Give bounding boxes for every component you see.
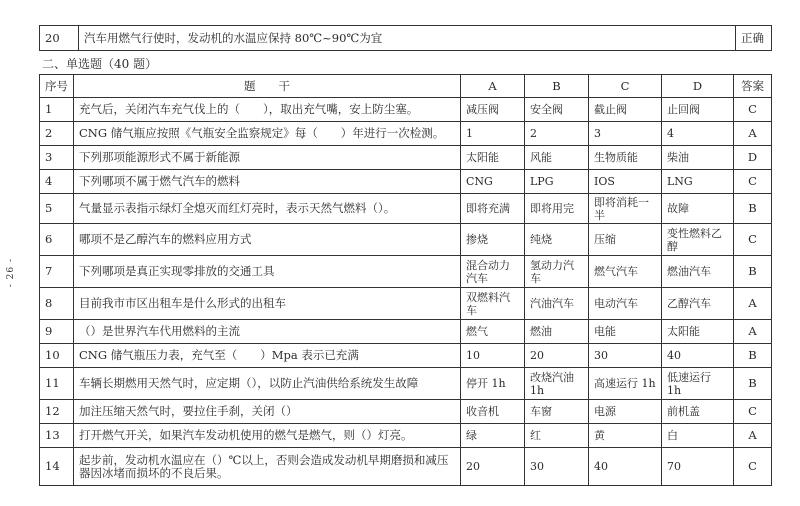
option-a: 收音机 (461, 400, 525, 424)
option-d: 低速运行 1h (662, 368, 734, 400)
table-row: 13打开燃气开关，如果汽车发动机使用的燃气是燃气，则（）灯亮。绿红黄白A (40, 424, 772, 448)
true-false-tail-row: 20 汽车用燃气行使时，发动机的水温应保持 80℃~90℃为宜 正确 (39, 25, 772, 51)
option-d: 太阳能 (662, 320, 734, 344)
answer-cell: A (734, 424, 772, 448)
option-a: 双燃料汽车 (461, 288, 525, 320)
single-choice-table: 序号 题 干 A B C D 答案 1充气后，关闭汽车充气伐上的（ ），取出充气… (39, 74, 772, 486)
table-row: 12加注压缩天然气时，要拉住手刹，关闭（）收音机车窗电源前机盖C (40, 400, 772, 424)
option-d: 燃油汽车 (662, 256, 734, 288)
option-b: 改烧汽油 1h (525, 368, 589, 400)
option-d: 止回阀 (662, 98, 734, 122)
question-number: 4 (40, 170, 74, 194)
option-b: 风能 (525, 146, 589, 170)
answer-cell: C (734, 170, 772, 194)
question-number: 12 (40, 400, 74, 424)
answer-cell: 正确 (736, 26, 772, 51)
header-option-a: A (461, 75, 525, 98)
option-b: 红 (525, 424, 589, 448)
option-c: 电源 (589, 400, 662, 424)
question-text: 目前我市市区出租车是什么形式的出租车 (74, 288, 461, 320)
question-text: 汽车用燃气行使时，发动机的水温应保持 80℃~90℃为宜 (79, 26, 736, 51)
option-b: 2 (525, 122, 589, 146)
question-number: 13 (40, 424, 74, 448)
question-text: 下列哪项不属于燃气汽车的燃料 (74, 170, 461, 194)
option-d: 白 (662, 424, 734, 448)
section-title: 二、单选题（40 题） (42, 55, 157, 72)
question-number: 7 (40, 256, 74, 288)
option-c: 电动汽车 (589, 288, 662, 320)
answer-cell: C (734, 400, 772, 424)
table-row: 20 汽车用燃气行使时，发动机的水温应保持 80℃~90℃为宜 正确 (40, 26, 772, 51)
question-text: CNG 储气瓶压力表，充气至（ ）Mpa 表示已充满 (74, 344, 461, 368)
table-row: 11车辆长期燃用天然气时，应定期（），以防止汽油供给系统发生故障停开 1h改烧汽… (40, 368, 772, 400)
header-option-d: D (662, 75, 734, 98)
table-row: 4下列哪项不属于燃气汽车的燃料CNGLPGIOSLNGC (40, 170, 772, 194)
question-number: 3 (40, 146, 74, 170)
option-b: 燃油 (525, 320, 589, 344)
option-b: 纯烧 (525, 224, 589, 256)
option-c: 压缩 (589, 224, 662, 256)
page-number: - 26 - (6, 258, 16, 287)
option-c: 燃气汽车 (589, 256, 662, 288)
header-number: 序号 (40, 75, 74, 98)
option-a: CNG (461, 170, 525, 194)
answer-cell: C (734, 98, 772, 122)
option-c: IOS (589, 170, 662, 194)
option-b: 安全阀 (525, 98, 589, 122)
question-number: 20 (40, 26, 79, 51)
option-d: 柴油 (662, 146, 734, 170)
table-row: 9（）是世界汽车代用燃料的主流燃气燃油电能太阳能A (40, 320, 772, 344)
option-c: 30 (589, 344, 662, 368)
option-b: LPG (525, 170, 589, 194)
question-text: 充气后，关闭汽车充气伐上的（ ），取出充气嘴，安上防尘塞。 (74, 98, 461, 122)
option-c: 40 (589, 448, 662, 486)
question-text: 下列哪项是真正实现零排放的交通工具 (74, 256, 461, 288)
option-b: 30 (525, 448, 589, 486)
answer-cell: A (734, 320, 772, 344)
answer-cell: B (734, 256, 772, 288)
question-text: 下列那项能源形式不属于新能源 (74, 146, 461, 170)
question-text: （）是世界汽车代用燃料的主流 (74, 320, 461, 344)
option-b: 车窗 (525, 400, 589, 424)
answer-cell: B (734, 368, 772, 400)
header-option-c: C (589, 75, 662, 98)
question-text: 车辆长期燃用天然气时，应定期（），以防止汽油供给系统发生故障 (74, 368, 461, 400)
table-row: 2CNG 储气瓶应按照《气瓶安全监察规定》每（ ）年进行一次检测。1234A (40, 122, 772, 146)
table-row: 10CNG 储气瓶压力表，充气至（ ）Mpa 表示已充满10203040B (40, 344, 772, 368)
option-a: 20 (461, 448, 525, 486)
option-a: 燃气 (461, 320, 525, 344)
option-d: 变性燃料乙醇 (662, 224, 734, 256)
header-answer: 答案 (734, 75, 772, 98)
option-d: 70 (662, 448, 734, 486)
question-text: 加注压缩天然气时，要拉住手刹，关闭（） (74, 400, 461, 424)
option-c: 截止阀 (589, 98, 662, 122)
answer-cell: D (734, 146, 772, 170)
option-d: LNG (662, 170, 734, 194)
option-d: 40 (662, 344, 734, 368)
answer-cell: C (734, 448, 772, 486)
option-c: 黄 (589, 424, 662, 448)
answer-cell: A (734, 122, 772, 146)
question-number: 10 (40, 344, 74, 368)
option-d: 故障 (662, 194, 734, 224)
option-a: 混合动力汽车 (461, 256, 525, 288)
question-number: 6 (40, 224, 74, 256)
option-a: 1 (461, 122, 525, 146)
option-d: 4 (662, 122, 734, 146)
table-row: 5气量显示表指示绿灯全熄灭而红灯亮时，表示天然气燃料（）。即将充满即将用完即将消… (40, 194, 772, 224)
option-c: 即将消耗一半 (589, 194, 662, 224)
table-row: 7下列哪项是真正实现零排放的交通工具混合动力汽车氢动力汽车燃气汽车燃油汽车B (40, 256, 772, 288)
option-c: 高速运行 1h (589, 368, 662, 400)
question-text: 打开燃气开关，如果汽车发动机使用的燃气是燃气，则（）灯亮。 (74, 424, 461, 448)
option-b: 汽油汽车 (525, 288, 589, 320)
option-a: 太阳能 (461, 146, 525, 170)
question-number: 5 (40, 194, 74, 224)
option-a: 掺烧 (461, 224, 525, 256)
header-option-b: B (525, 75, 589, 98)
question-text: 哪项不是乙醇汽车的燃料应用方式 (74, 224, 461, 256)
answer-cell: B (734, 344, 772, 368)
question-number: 14 (40, 448, 74, 486)
question-text: CNG 储气瓶应按照《气瓶安全监察规定》每（ ）年进行一次检测。 (74, 122, 461, 146)
option-a: 停开 1h (461, 368, 525, 400)
question-number: 2 (40, 122, 74, 146)
option-c: 生物质能 (589, 146, 662, 170)
answer-cell: B (734, 194, 772, 224)
table-header-row: 序号 题 干 A B C D 答案 (40, 75, 772, 98)
option-b: 即将用完 (525, 194, 589, 224)
option-d: 前机盖 (662, 400, 734, 424)
option-d: 乙醇汽车 (662, 288, 734, 320)
question-number: 8 (40, 288, 74, 320)
option-a: 减压阀 (461, 98, 525, 122)
question-number: 11 (40, 368, 74, 400)
answer-cell: A (734, 288, 772, 320)
answer-cell: C (734, 224, 772, 256)
option-b: 氢动力汽车 (525, 256, 589, 288)
option-a: 即将充满 (461, 194, 525, 224)
option-a: 10 (461, 344, 525, 368)
table-row: 8目前我市市区出租车是什么形式的出租车双燃料汽车汽油汽车电动汽车乙醇汽车A (40, 288, 772, 320)
option-a: 绿 (461, 424, 525, 448)
table-row: 6哪项不是乙醇汽车的燃料应用方式掺烧纯烧压缩变性燃料乙醇C (40, 224, 772, 256)
question-text: 气量显示表指示绿灯全熄灭而红灯亮时，表示天然气燃料（）。 (74, 194, 461, 224)
question-number: 9 (40, 320, 74, 344)
option-c: 3 (589, 122, 662, 146)
table-row: 3下列那项能源形式不属于新能源太阳能风能生物质能柴油D (40, 146, 772, 170)
question-text: 起步前，发动机水温应在（）℃以上，否则会造成发动机早期磨损和减压器因冰堵而损坏的… (74, 448, 461, 486)
table-row: 14起步前，发动机水温应在（）℃以上，否则会造成发动机早期磨损和减压器因冰堵而损… (40, 448, 772, 486)
question-number: 1 (40, 98, 74, 122)
header-question: 题 干 (74, 75, 461, 98)
option-b: 20 (525, 344, 589, 368)
table-row: 1充气后，关闭汽车充气伐上的（ ），取出充气嘴，安上防尘塞。减压阀安全阀截止阀止… (40, 98, 772, 122)
option-c: 电能 (589, 320, 662, 344)
